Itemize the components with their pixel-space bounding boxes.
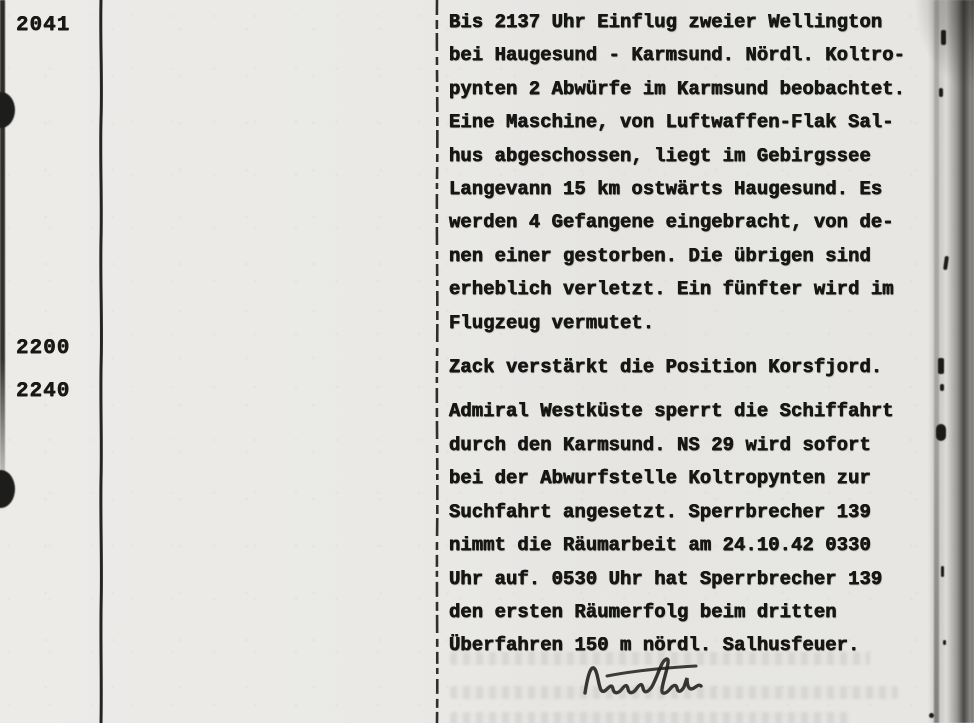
text-line: Uhr auf. 0530 Uhr hat Sperrbrecher 139 <box>449 563 927 596</box>
text-line: Bis 2137 Uhr Einflug zweier Wellington <box>449 6 927 39</box>
text-line: nimmt die Räumarbeit am 24.10.42 0330 <box>449 529 927 562</box>
text-line: Admiral Westküste sperrt die Schiffahrt <box>449 395 927 428</box>
text-line: durch den Karmsund. NS 29 wird sofort <box>449 429 927 462</box>
bleedthrough-row <box>450 686 898 699</box>
text-line: pynten 2 Abwürfe im Karmsund beobachtet. <box>449 73 927 106</box>
text-line: den ersten Räumerfolg beim dritten <box>449 596 927 629</box>
time-entry-2240: 2240 <box>16 380 70 403</box>
text-line: bei der Abwurfstelle Koltropynten zur <box>449 462 927 495</box>
text-line: bei Haugesund - Karmsund. Nördl. Koltro- <box>449 39 927 72</box>
text-line: erheblich verletzt. Ein fünfter wird im <box>449 273 927 306</box>
paragraph: Admiral Westküste sperrt die Schiffahrtd… <box>449 395 927 662</box>
text-line: hus abgeschossen, liegt im Gebirgssee <box>449 140 927 173</box>
body-paragraphs: Bis 2137 Uhr Einflug zweier Wellingtonbe… <box>449 6 927 674</box>
bleedthrough-row <box>450 652 870 665</box>
ink-mark <box>938 358 944 374</box>
dashed-divider-line <box>432 0 442 723</box>
ink-mark <box>943 640 946 645</box>
text-line: nen einer gestorben. Die übrigen sind <box>449 240 927 273</box>
paragraph: Zack verstärkt die Position Korsfjord. <box>449 351 927 384</box>
text-line: Zack verstärkt die Position Korsfjord. <box>449 351 927 384</box>
bleedthrough-row <box>450 712 850 723</box>
text-line: Suchfahrt angesetzt. Sperrbrecher 139 <box>449 496 927 529</box>
ink-mark <box>940 384 944 391</box>
corner-shadow <box>914 0 974 90</box>
text-line: Eine Maschine, von Luftwaffen-Flak Sal- <box>449 106 927 139</box>
ink-mark <box>941 566 944 577</box>
text-line: werden 4 Gefangene eingebracht, von de- <box>449 206 927 239</box>
ink-mark <box>929 713 934 718</box>
time-entry-2200: 2200 <box>16 337 70 360</box>
paragraph: Bis 2137 Uhr Einflug zweier Wellingtonbe… <box>449 6 927 340</box>
margin-rule-line <box>95 0 107 723</box>
text-line: Langevann 15 km ostwärts Haugesund. Es <box>449 173 927 206</box>
ink-mark <box>936 424 946 441</box>
scan-left-edge <box>0 0 5 512</box>
time-entry-2041: 2041 <box>16 14 70 37</box>
ink-mark <box>941 30 946 45</box>
ink-mark <box>939 88 943 97</box>
text-line: Flugzeug vermutet. <box>449 307 927 340</box>
binding-shadow-band <box>928 0 974 723</box>
